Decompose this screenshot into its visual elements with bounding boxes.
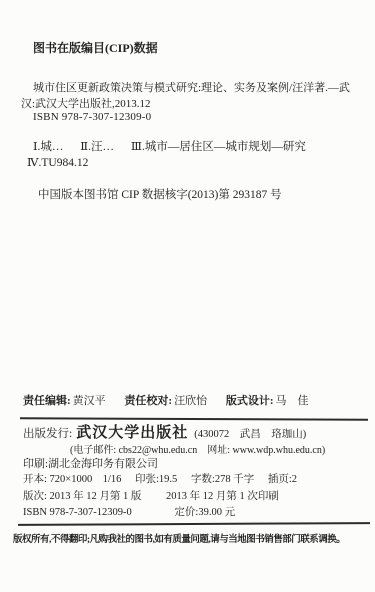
credits-row: 责任编辑:黄汉平 责任校对:汪欣怡 版式设计:马 佳 <box>23 392 325 408</box>
format-inserts: 插页:2 <box>268 474 297 485</box>
edition-row: 版次: 2013 年 12 月第 1 版 2013 年 12 月第 1 次印刷 <box>23 488 279 503</box>
publisher-address: (430072 武昌 珞珈山) <box>194 429 306 440</box>
credit-proofreader-label: 责任校对: <box>124 395 172 407</box>
divider-top <box>20 417 368 420</box>
classification-iii: Ⅲ.城市—居住区—城市规划—研究 <box>131 141 306 153</box>
publisher-contact: (电子邮件: cbs22@whu.edu.cn 网址: www.wdp.whu.… <box>70 441 325 456</box>
format-sheets: 印张:19.5 <box>135 474 177 485</box>
cip-classification-row: Ⅰ.城… Ⅱ.汪… Ⅲ.城市—居住区—城市规划—研究 <box>33 138 306 154</box>
format-row: 开本: 720×1000 1/16 印张:19.5 字数:278 千字 插页:2 <box>23 471 297 486</box>
price: 定价:39.00 元 <box>174 507 235 518</box>
publisher-row: 出版发行:武汉大学出版社(430072 武昌 珞珈山) <box>23 421 306 442</box>
format-size: 开本: 720×1000 1/16 <box>23 474 121 485</box>
credit-proofreader-name: 汪欣怡 <box>174 395 207 407</box>
credit-proofreader: 责任校对:汪欣怡 <box>124 395 207 407</box>
classification-iv: Ⅳ.TU984.12 <box>27 155 88 169</box>
cip-header: 图书在版编目(CIP)数据 <box>33 39 158 56</box>
publisher-label: 出版发行: <box>23 428 72 440</box>
credit-editor-name: 黄汉平 <box>73 395 106 407</box>
format-word-count: 字数:278 千字 <box>191 474 254 485</box>
isbn-price-row: ISBN 978-7-307-12309-0 定价:39.00 元 <box>23 504 235 519</box>
credit-designer: 版式设计:马 佳 <box>226 395 309 407</box>
credit-editor-label: 责任编辑: <box>23 395 71 407</box>
classification-i: Ⅰ.城… <box>33 141 63 153</box>
book-title-line1: 城市住区更新政策决策与模式研究:理论、实务及案例/汪洋著.—武 <box>33 79 350 95</box>
divider-bottom <box>18 522 370 525</box>
credit-editor: 责任编辑:黄汉平 <box>23 395 106 407</box>
credit-designer-name: 马 佳 <box>276 395 309 407</box>
book-title-line2: 汉:武汉大学出版社,2013.12 <box>21 95 151 111</box>
edition-info: 版次: 2013 年 12 月第 1 版 <box>23 491 141 502</box>
copyright-notice: 版权所有,不得翻印;凡购我社的图书,如有质量问题,请与当地图书销售部门联系调换。 <box>13 531 345 545</box>
classification-ii: Ⅱ.汪… <box>80 141 114 153</box>
copyright-page: 图书在版编目(CIP)数据 城市住区更新政策决策与模式研究:理论、实务及案例/汪… <box>0 0 375 592</box>
printer-line: 印刷:湖北金海印务有限公司 <box>23 455 158 471</box>
credit-designer-label: 版式设计: <box>226 395 274 407</box>
cip-isbn: ISBN 978-7-307-12309-0 <box>33 111 151 123</box>
isbn-number: ISBN 978-7-307-12309-0 <box>23 507 132 518</box>
cip-record-number: 中国版本图书馆 CIP 数据核字(2013)第 293187 号 <box>38 186 282 202</box>
publisher-name: 武汉大学出版社 <box>76 425 188 441</box>
printing-run-info: 2013 年 12 月第 1 次印刷 <box>166 491 279 502</box>
